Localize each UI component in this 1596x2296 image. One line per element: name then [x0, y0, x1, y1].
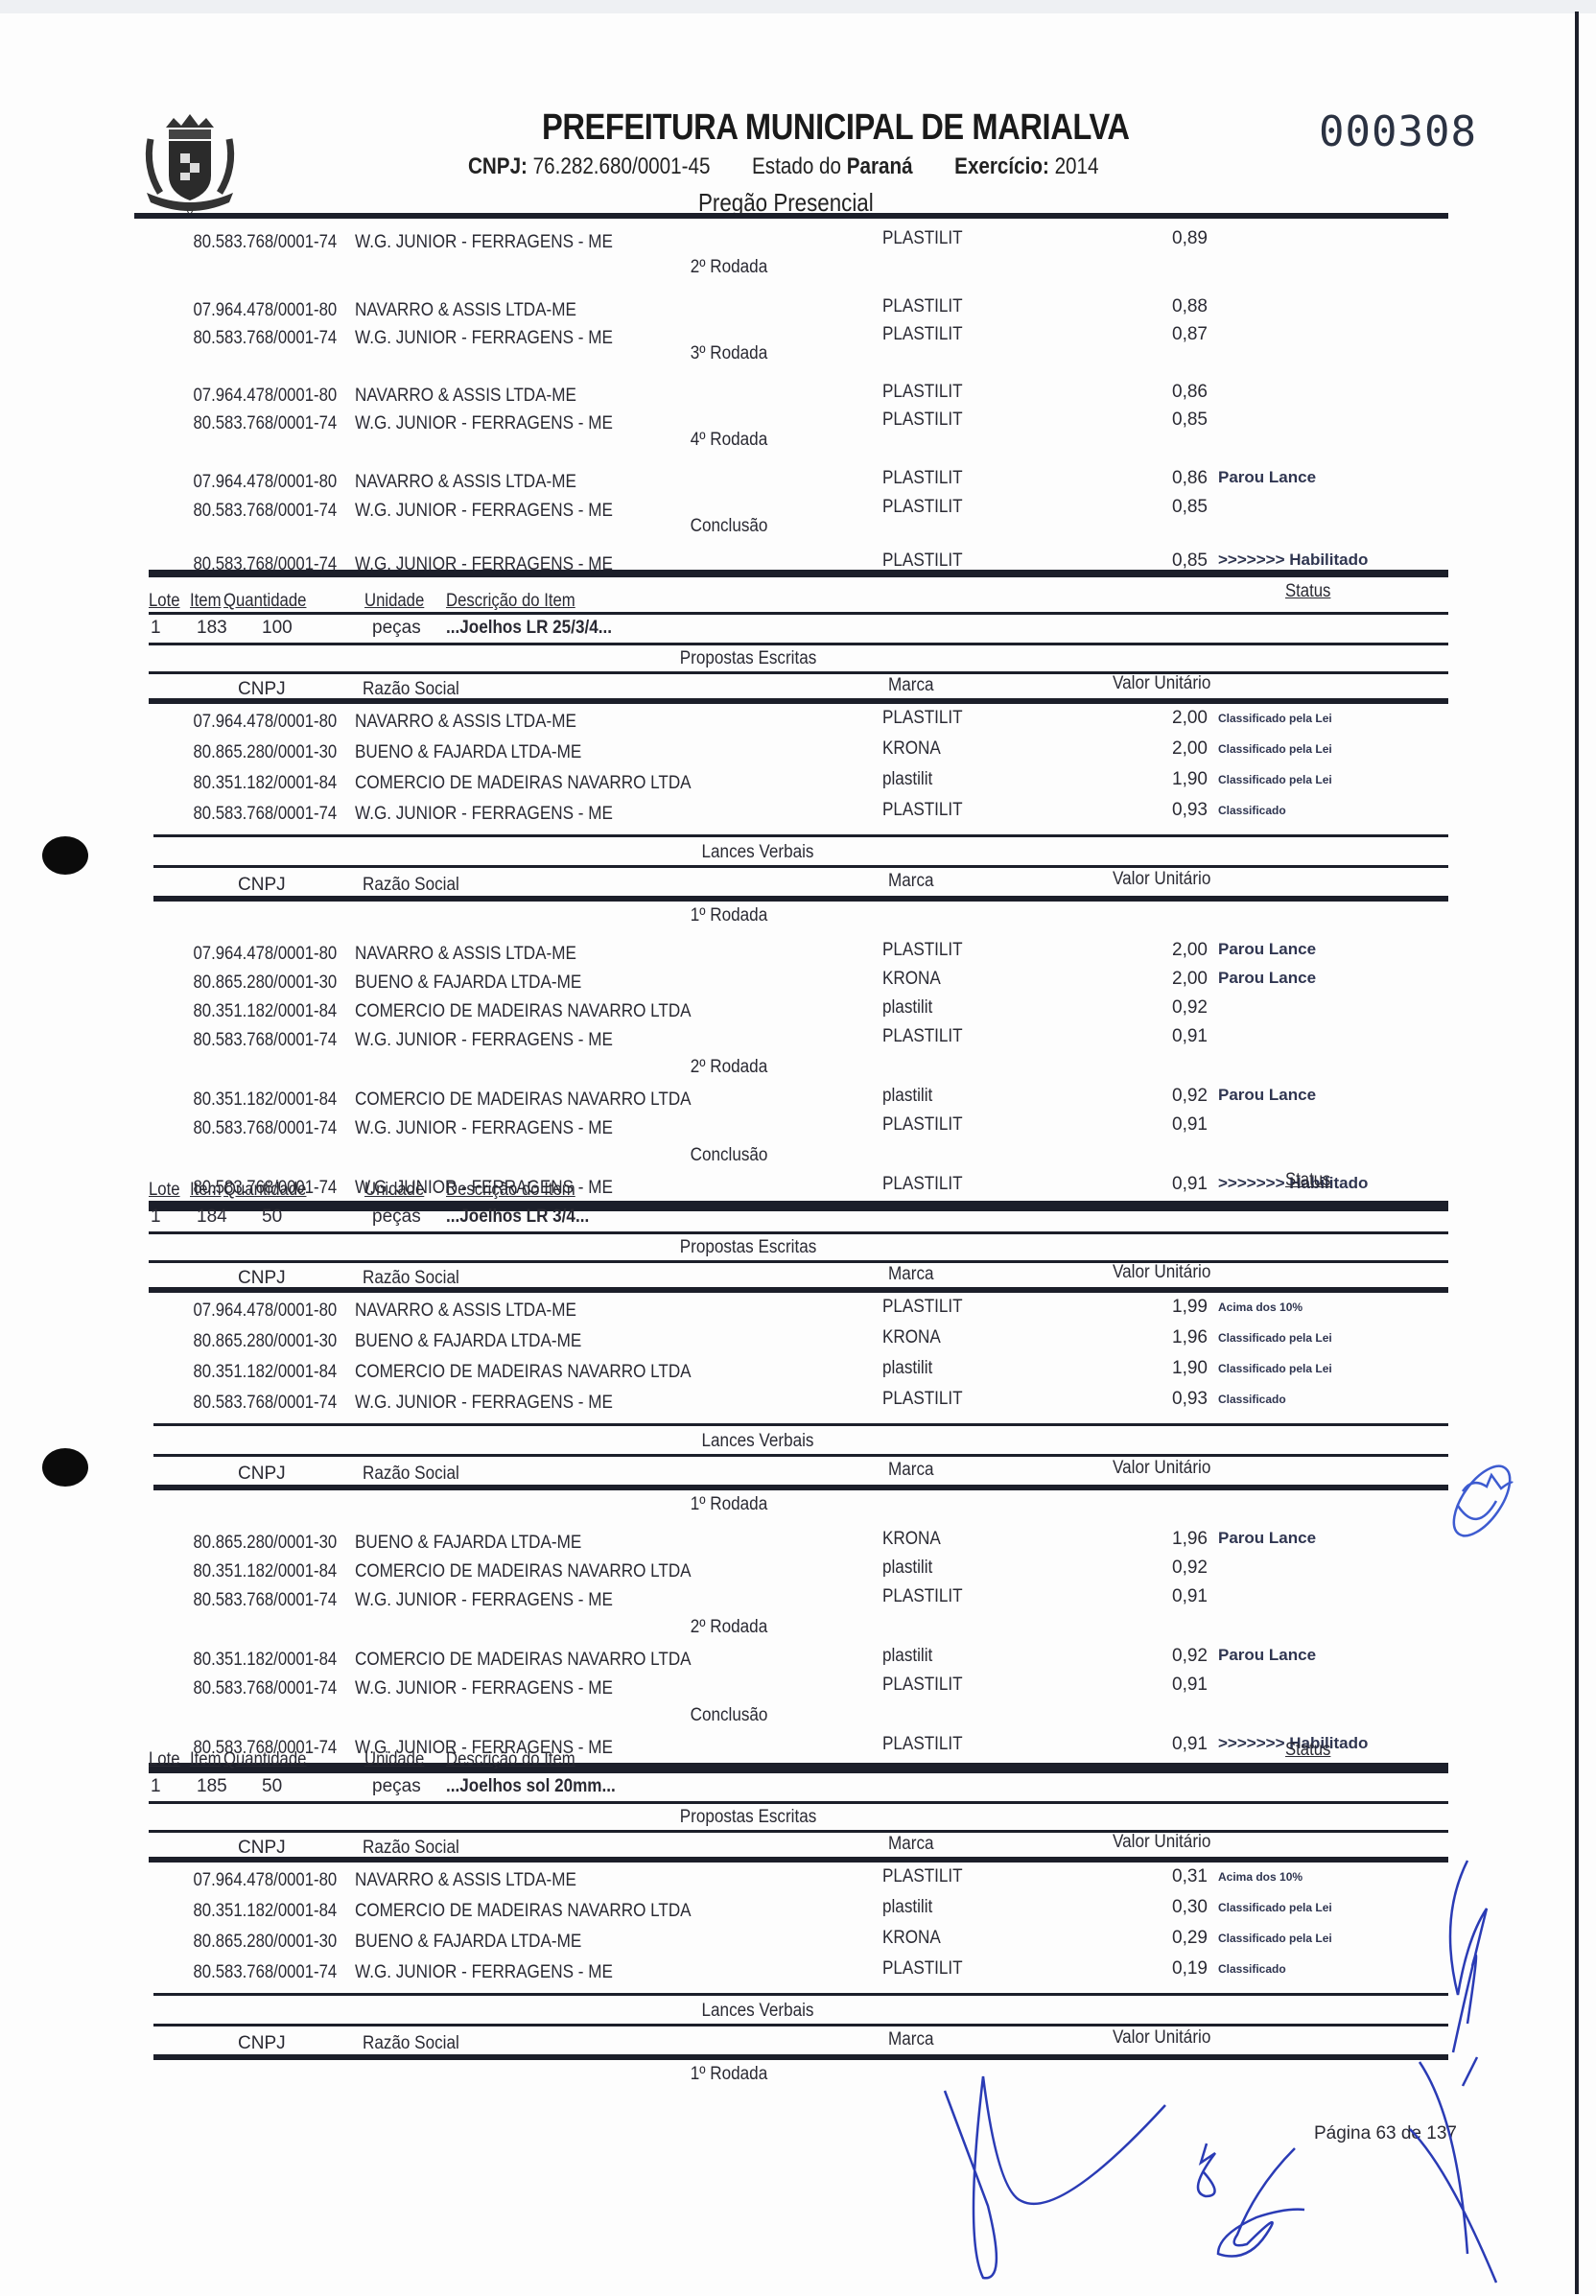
cnpj-cell: 80.351.182/0001-84 — [134, 773, 337, 794]
header-divider — [149, 1287, 1448, 1293]
punch-hole — [42, 836, 88, 875]
company-name-cell: W.G. JUNIOR - FERRAGENS - ME — [355, 1118, 613, 1139]
company-name-cell: NAVARRO & ASSIS LTDA-ME — [355, 386, 576, 407]
col-header-razao-social: Razão Social — [363, 1268, 459, 1289]
item-value: 183 — [197, 618, 227, 639]
cnpj-cell: 80.351.182/0001-84 — [134, 1901, 337, 1922]
col-header-status: Status — [1285, 581, 1330, 602]
col-header-unidade: Unidade — [364, 1180, 424, 1201]
cnpj-cell: 80.583.768/0001-74 — [134, 1118, 337, 1139]
col-header-marca: Marca — [888, 1264, 934, 1285]
brand-cell: PLASTILIT — [882, 1389, 963, 1410]
brand-cell: PLASTILIT — [882, 382, 963, 403]
brand-cell: plastilit — [882, 769, 932, 790]
company-name-cell: NAVARRO & ASSIS LTDA-ME — [355, 300, 576, 321]
cnpj-cell: 07.964.478/0001-80 — [134, 944, 337, 965]
lote-value: 1 — [151, 1207, 161, 1228]
unit-value-cell: 1,96 — [1172, 1529, 1208, 1550]
status-cell: Parou Lance — [1218, 1529, 1316, 1548]
status-cell: Classificado — [1218, 1393, 1286, 1406]
company-name-cell: W.G. JUNIOR - FERRAGENS - ME — [355, 1393, 613, 1414]
unit-value-cell: 1,90 — [1172, 1358, 1208, 1379]
divider — [153, 1454, 1448, 1457]
unit-value: peças — [372, 1776, 421, 1797]
status-cell: Parou Lance — [1218, 940, 1316, 959]
section-title-propostas: Propostas Escritas — [680, 1237, 817, 1258]
cnpj-cell: 80.583.768/0001-74 — [134, 1393, 337, 1414]
cnpj-cell: 80.865.280/0001-30 — [134, 1533, 337, 1554]
col-header-status: Status — [1285, 1740, 1330, 1761]
cnpj-cell: 80.583.768/0001-74 — [134, 1962, 337, 1983]
company-name-cell: COMERCIO DE MADEIRAS NAVARRO LTDA — [355, 1001, 692, 1022]
unit-value-cell: 0,93 — [1172, 1389, 1208, 1410]
status-cell: Parou Lance — [1218, 1646, 1316, 1665]
brand-cell: PLASTILIT — [882, 1114, 963, 1136]
company-name-cell: W.G. JUNIOR - FERRAGENS - ME — [355, 232, 613, 253]
header-underline — [149, 1201, 1448, 1204]
unit-value-cell: 0,92 — [1172, 1086, 1208, 1107]
company-name-cell: NAVARRO & ASSIS LTDA-ME — [355, 1870, 576, 1891]
brand-cell: PLASTILIT — [882, 1586, 963, 1607]
company-name-cell: COMERCIO DE MADEIRAS NAVARRO LTDA — [355, 1650, 692, 1671]
brand-cell: PLASTILIT — [882, 468, 963, 489]
section-title-lances: Lances Verbais — [702, 1431, 814, 1452]
company-name-cell: BUENO & FAJARDA LTDA-ME — [355, 1331, 581, 1352]
item-description: ...Joelhos LR 25/3/4... — [446, 618, 612, 639]
status-cell: Classificado pela Lei — [1218, 742, 1332, 756]
company-name-cell: NAVARRO & ASSIS LTDA-ME — [355, 1300, 576, 1322]
cnpj-cell: 80.351.182/0001-84 — [134, 1089, 337, 1111]
status-cell: Classificado pela Lei — [1218, 1331, 1332, 1345]
unit-value-cell: 0,85 — [1172, 410, 1208, 431]
unit-value-cell: 0,31 — [1172, 1866, 1208, 1887]
header-subline: CNPJ: 76.282.680/0001-45 Estado do Paran… — [468, 153, 1098, 180]
company-name-cell: BUENO & FAJARDA LTDA-ME — [355, 972, 581, 994]
unit-value: peças — [372, 618, 421, 639]
col-header-marca: Marca — [888, 1460, 934, 1481]
lote-value: 1 — [151, 618, 161, 639]
company-name-cell: W.G. JUNIOR - FERRAGENS - ME — [355, 1962, 613, 1983]
brand-cell: PLASTILIT — [882, 1734, 963, 1755]
header-divider — [149, 1857, 1448, 1863]
unit-value-cell: 0,91 — [1172, 1586, 1208, 1607]
col-header-unidade: Unidade — [364, 591, 424, 612]
divider — [149, 671, 1448, 674]
company-name-cell: W.G. JUNIOR - FERRAGENS - ME — [355, 413, 613, 434]
status-cell: Classificado — [1218, 1962, 1286, 1976]
brand-cell: plastilit — [882, 1358, 932, 1379]
brand-cell: plastilit — [882, 1646, 932, 1667]
col-header-quantidade: Quantidade — [223, 1749, 306, 1770]
status-cell: Classificado pela Lei — [1218, 712, 1332, 725]
col-header-cnpj: CNPJ — [238, 1268, 286, 1289]
brand-cell: PLASTILIT — [882, 940, 963, 961]
unit-value-cell: 1,90 — [1172, 769, 1208, 790]
signature-initials-icon — [1439, 1458, 1535, 1573]
unit-value-cell: 0,91 — [1172, 1675, 1208, 1696]
unit-value-cell: 0,91 — [1172, 1026, 1208, 1047]
col-header-status: Status — [1285, 1170, 1330, 1191]
col-header-item: Item — [190, 591, 222, 612]
divider — [153, 1423, 1448, 1426]
cnpj-cell: 07.964.478/0001-80 — [134, 1870, 337, 1891]
round-label: Conclusão — [691, 1145, 768, 1166]
item-value: 184 — [197, 1207, 227, 1228]
company-name-cell: NAVARRO & ASSIS LTDA-ME — [355, 712, 576, 733]
col-header-descricao: Descrição do Item — [446, 591, 575, 612]
col-header-marca: Marca — [888, 2029, 934, 2050]
col-header-razao-social: Razão Social — [363, 1464, 459, 1485]
round-label: 2º Rodada — [691, 1057, 767, 1078]
col-header-cnpj: CNPJ — [238, 875, 286, 896]
brand-cell: PLASTILIT — [882, 324, 963, 345]
state-prefix: Estado do — [752, 153, 841, 179]
round-label: 2º Rodada — [691, 1617, 767, 1638]
header-divider — [134, 213, 1448, 219]
header-divider — [153, 896, 1448, 902]
col-header-item: Item — [190, 1749, 222, 1770]
brand-cell: PLASTILIT — [882, 1958, 963, 1980]
company-name-cell: W.G. JUNIOR - FERRAGENS - ME — [355, 1590, 613, 1611]
cnpj-cell: 80.583.768/0001-74 — [134, 232, 337, 253]
status-cell: Acima dos 10% — [1218, 1300, 1303, 1314]
status-cell: Acima dos 10% — [1218, 1870, 1303, 1884]
company-name-cell: COMERCIO DE MADEIRAS NAVARRO LTDA — [355, 1901, 692, 1922]
quantity-value: 100 — [262, 618, 293, 639]
col-header-descricao: Descrição do Item — [446, 1749, 575, 1770]
company-name-cell: BUENO & FAJARDA LTDA-ME — [355, 742, 581, 763]
brand-cell: KRONA — [882, 969, 941, 990]
round-label: 3º Rodada — [691, 343, 767, 364]
brand-cell: KRONA — [882, 738, 941, 760]
divider — [149, 643, 1448, 645]
col-header-cnpj: CNPJ — [238, 679, 286, 700]
cnpj-cell: 80.351.182/0001-84 — [134, 1001, 337, 1022]
company-name-cell: COMERCIO DE MADEIRAS NAVARRO LTDA — [355, 773, 692, 794]
divider — [149, 1231, 1448, 1234]
company-name-cell: W.G. JUNIOR - FERRAGENS - ME — [355, 501, 613, 522]
col-header-marca: Marca — [888, 871, 934, 892]
section-title-lances: Lances Verbais — [702, 2001, 814, 2022]
divider — [153, 2024, 1448, 2027]
company-name-cell: W.G. JUNIOR - FERRAGENS - ME — [355, 1678, 613, 1699]
cnpj-cell: 07.964.478/0001-80 — [134, 300, 337, 321]
unit-value-cell: 1,99 — [1172, 1297, 1208, 1318]
divider — [153, 1993, 1448, 1996]
punch-hole — [42, 1448, 88, 1487]
unit-value-cell: 0,92 — [1172, 997, 1208, 1019]
unit-value-cell: 0,86 — [1172, 382, 1208, 403]
company-name-cell: BUENO & FAJARDA LTDA-ME — [355, 1932, 581, 1953]
round-label: 2º Rodada — [691, 257, 767, 278]
brand-cell: PLASTILIT — [882, 497, 963, 518]
company-name-cell: W.G. JUNIOR - FERRAGENS - ME — [355, 328, 613, 349]
brand-cell: KRONA — [882, 1327, 941, 1348]
signature-bottom-left-icon — [921, 2062, 1209, 2283]
brand-cell: PLASTILIT — [882, 551, 963, 572]
unit-value-cell: 0,88 — [1172, 296, 1208, 317]
brand-cell: plastilit — [882, 1897, 932, 1918]
cnpj-cell: 80.351.182/0001-84 — [134, 1650, 337, 1671]
divider — [149, 1260, 1448, 1263]
exercise-label: Exercício: — [954, 153, 1049, 179]
brand-cell: KRONA — [882, 1529, 941, 1550]
cnpj-cell: 80.583.768/0001-74 — [134, 413, 337, 434]
item-value: 185 — [197, 1776, 227, 1797]
unit-value: peças — [372, 1207, 421, 1228]
status-cell: Parou Lance — [1218, 969, 1316, 988]
brand-cell: PLASTILIT — [882, 1174, 963, 1195]
cnpj-cell: 80.583.768/0001-74 — [134, 328, 337, 349]
company-name-cell: W.G. JUNIOR - FERRAGENS - ME — [355, 1030, 613, 1051]
unit-value-cell: 0,92 — [1172, 1646, 1208, 1667]
unit-value-cell: 2,00 — [1172, 708, 1208, 729]
brand-cell: plastilit — [882, 997, 932, 1019]
col-header-razao-social: Razão Social — [363, 679, 459, 700]
status-cell: Classificado pela Lei — [1218, 773, 1332, 786]
lot-end-divider — [149, 1203, 1448, 1211]
unit-value-cell: 0,91 — [1172, 1114, 1208, 1136]
col-header-razao-social: Razão Social — [363, 1838, 459, 1859]
cnpj-cell: 07.964.478/0001-80 — [134, 472, 337, 493]
col-header-quantidade: Quantidade — [223, 591, 306, 612]
col-header-lote: Lote — [149, 591, 180, 612]
company-name-cell: NAVARRO & ASSIS LTDA-ME — [355, 944, 576, 965]
company-name-cell: NAVARRO & ASSIS LTDA-ME — [355, 472, 576, 493]
municipal-coat-of-arms-icon — [137, 110, 243, 221]
unit-value-cell: 0,86 — [1172, 468, 1208, 489]
brand-cell: PLASTILIT — [882, 1866, 963, 1887]
company-name-cell: COMERCIO DE MADEIRAS NAVARRO LTDA — [355, 1362, 692, 1383]
col-header-valor-unitario: Valor Unitário — [1113, 1458, 1210, 1479]
col-header-marca: Marca — [888, 1834, 934, 1855]
unit-value-cell: 0,85 — [1172, 551, 1208, 572]
brand-cell: PLASTILIT — [882, 296, 963, 317]
signature-bottom-right-icon — [1218, 2139, 1333, 2254]
cnpj-cell: 07.964.478/0001-80 — [134, 386, 337, 407]
unit-value-cell: 0,30 — [1172, 1897, 1208, 1918]
cnpj-cell: 80.865.280/0001-30 — [134, 972, 337, 994]
scan-top-edge — [0, 0, 1596, 13]
brand-cell: PLASTILIT — [882, 410, 963, 431]
col-header-valor-unitario: Valor Unitário — [1113, 673, 1210, 694]
brand-cell: plastilit — [882, 1558, 932, 1579]
col-header-cnpj: CNPJ — [238, 2033, 286, 2054]
cnpj-cell: 80.351.182/0001-84 — [134, 1561, 337, 1582]
header-divider — [153, 1485, 1448, 1490]
unit-value-cell: 0,92 — [1172, 1558, 1208, 1579]
status-cell: Classificado pela Lei — [1218, 1901, 1332, 1914]
divider — [149, 1801, 1448, 1804]
col-header-marca: Marca — [888, 675, 934, 696]
brand-cell: PLASTILIT — [882, 1675, 963, 1696]
unit-value-cell: 2,00 — [1172, 940, 1208, 961]
section-title-lances: Lances Verbais — [702, 842, 814, 863]
round-label: 4º Rodada — [691, 430, 767, 451]
col-header-lote: Lote — [149, 1749, 180, 1770]
header-underline — [149, 1770, 1448, 1773]
status-cell: Parou Lance — [1218, 1086, 1316, 1105]
unit-value-cell: 0,89 — [1172, 228, 1208, 249]
col-header-valor-unitario: Valor Unitário — [1113, 2027, 1210, 2049]
cnpj-cell: 07.964.478/0001-80 — [134, 712, 337, 733]
divider — [153, 865, 1448, 868]
cnpj-value: 76.282.680/0001-45 — [533, 153, 711, 179]
cnpj-cell: 80.583.768/0001-74 — [134, 1590, 337, 1611]
lot-end-divider — [149, 570, 1448, 577]
brand-cell: PLASTILIT — [882, 708, 963, 729]
brand-cell: PLASTILIT — [882, 1026, 963, 1047]
round-label: 1º Rodada — [691, 905, 767, 926]
unit-value-cell: 0,93 — [1172, 800, 1208, 821]
unit-value-cell: 0,19 — [1172, 1958, 1208, 1980]
col-header-descricao: Descrição do Item — [446, 1180, 575, 1201]
lote-value: 1 — [151, 1776, 161, 1797]
brand-cell: PLASTILIT — [882, 228, 963, 249]
status-cell: Classificado pela Lei — [1218, 1362, 1332, 1375]
item-description: ...Joelhos LR 3/4... — [446, 1207, 589, 1228]
col-header-razao-social: Razão Social — [363, 875, 459, 896]
col-header-item: Item — [190, 1180, 222, 1201]
unit-value-cell: 0,29 — [1172, 1928, 1208, 1949]
header-divider — [153, 2054, 1448, 2060]
status-cell: Parou Lance — [1218, 468, 1316, 487]
state-name: Paraná — [847, 153, 913, 179]
company-name-cell: COMERCIO DE MADEIRAS NAVARRO LTDA — [355, 1561, 692, 1582]
brand-cell: plastilit — [882, 1086, 932, 1107]
unit-value-cell: 0,91 — [1172, 1174, 1208, 1195]
cnpj-cell: 80.865.280/0001-30 — [134, 1932, 337, 1953]
unit-value-cell: 1,96 — [1172, 1327, 1208, 1348]
round-label: Conclusão — [691, 516, 768, 537]
cnpj-cell: 80.583.768/0001-74 — [134, 1678, 337, 1699]
signature-margin-icon — [1429, 1851, 1506, 2062]
round-label: 1º Rodada — [691, 2064, 767, 2085]
unit-value-cell: 2,00 — [1172, 738, 1208, 760]
divider — [149, 1830, 1448, 1833]
cnpj-label: CNPJ: — [468, 153, 528, 179]
col-header-valor-unitario: Valor Unitário — [1113, 1262, 1210, 1283]
col-header-valor-unitario: Valor Unitário — [1113, 1832, 1210, 1853]
round-label: Conclusão — [691, 1705, 768, 1726]
brand-cell: KRONA — [882, 1928, 941, 1949]
unit-value-cell: 0,91 — [1172, 1734, 1208, 1755]
col-header-lote: Lote — [149, 1180, 180, 1201]
item-description: ...Joelhos sol 20mm... — [446, 1776, 616, 1797]
section-title-propostas: Propostas Escritas — [680, 648, 817, 669]
document-title: PREFEITURA MUNICIPAL DE MARIALVA — [542, 107, 1130, 149]
section-title-propostas: Propostas Escritas — [680, 1807, 817, 1828]
col-header-quantidade: Quantidade — [223, 1180, 306, 1201]
cnpj-cell: 80.583.768/0001-74 — [134, 1030, 337, 1051]
cnpj-cell: 07.964.478/0001-80 — [134, 1300, 337, 1322]
status-cell: Classificado — [1218, 804, 1286, 817]
cnpj-cell: 80.583.768/0001-74 — [134, 804, 337, 825]
brand-cell: PLASTILIT — [882, 1297, 963, 1318]
quantity-value: 50 — [262, 1776, 282, 1797]
exercise-year: 2014 — [1055, 153, 1099, 179]
cnpj-cell: 80.865.280/0001-30 — [134, 1331, 337, 1352]
status-cell: Classificado pela Lei — [1218, 1932, 1332, 1945]
signature-bottom-far-right-icon — [1400, 2052, 1515, 2296]
company-name-cell: W.G. JUNIOR - FERRAGENS - ME — [355, 804, 613, 825]
company-name-cell: COMERCIO DE MADEIRAS NAVARRO LTDA — [355, 1089, 692, 1111]
scan-right-edge — [1575, 12, 1579, 2294]
unit-value-cell: 0,87 — [1172, 324, 1208, 345]
col-header-valor-unitario: Valor Unitário — [1113, 869, 1210, 890]
quantity-value: 50 — [262, 1207, 282, 1228]
page-stamp-number: 000308 — [1319, 107, 1477, 156]
col-header-razao-social: Razão Social — [363, 2033, 459, 2054]
unit-value-cell: 2,00 — [1172, 969, 1208, 990]
header-underline — [149, 612, 1448, 615]
header-divider — [149, 698, 1448, 704]
company-name-cell: BUENO & FAJARDA LTDA-ME — [355, 1533, 581, 1554]
round-label: 1º Rodada — [691, 1494, 767, 1515]
unit-value-cell: 0,85 — [1172, 497, 1208, 518]
col-header-cnpj: CNPJ — [238, 1838, 286, 1859]
divider — [153, 834, 1448, 837]
col-header-cnpj: CNPJ — [238, 1464, 286, 1485]
cnpj-cell: 80.865.280/0001-30 — [134, 742, 337, 763]
col-header-unidade: Unidade — [364, 1749, 424, 1770]
cnpj-cell: 80.583.768/0001-74 — [134, 501, 337, 522]
cnpj-cell: 80.351.182/0001-84 — [134, 1362, 337, 1383]
status-cell: >>>>>>> Habilitado — [1218, 551, 1368, 570]
brand-cell: PLASTILIT — [882, 800, 963, 821]
